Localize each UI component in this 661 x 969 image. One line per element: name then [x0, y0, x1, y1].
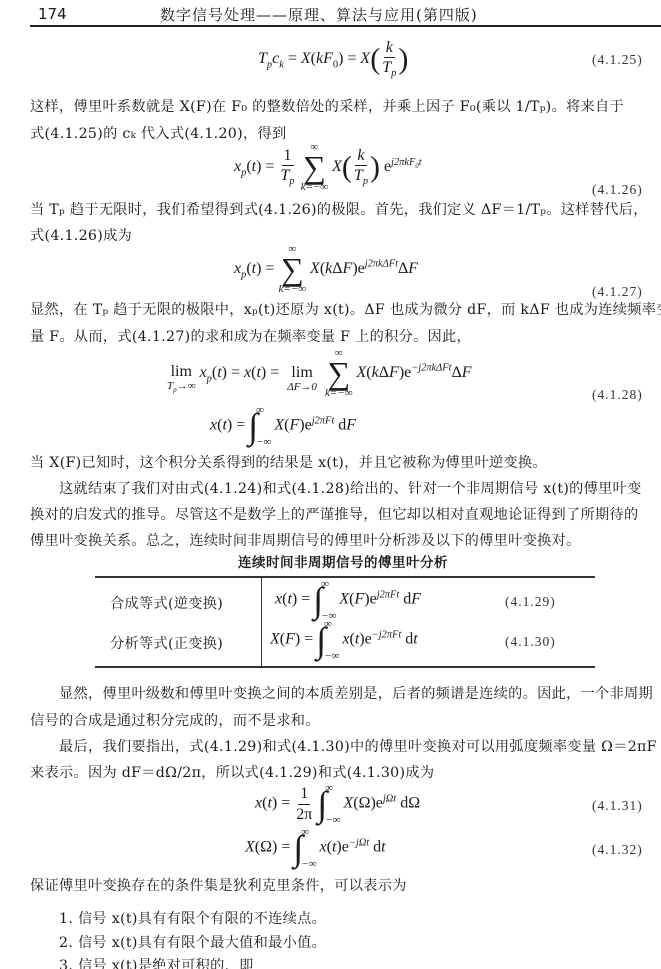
table-row-label: 合成等式(逆变换) [110, 593, 223, 613]
equation-number: (4.1.32) [592, 842, 643, 858]
paragraph-line: 当 X(F)已知时，这个积分关系得到的结果是 x(t)，并且它被称为傅里叶逆变换… [30, 452, 547, 472]
equation-4-1-28-line1: xlimTp→∞xp(t) = x(t) = xlimΔF→0∞∑k=−∞X(k… [163, 348, 472, 399]
paragraph-line: 显然，在 Tₚ 趋于无限的极限中，xₚ(t)还原为 x(t)。ΔF 也成为微分 … [30, 299, 661, 319]
running-title: 数字信号处理——原理、算法与应用(第四版) [160, 4, 478, 25]
equation-4-1-30: X(F) =∫∞−∞x(t)e−j2πFt dt [270, 618, 418, 662]
list-item: 3. 信号 x(t)是绝对可积的，即 [59, 955, 254, 969]
equation-number: (4.1.29) [505, 594, 556, 610]
paragraph-line: 显然，傅里叶级数和傅里叶变换之间的本质差别是，后者的频谱是连续的。因此，一个非周… [59, 683, 653, 703]
equation-4-1-25: Tpck = X(kF0) = X(kTp) [258, 38, 408, 81]
paragraph-line: 傅里叶变换关系。总之，连续时间非周期信号的傅里叶分析涉及以下的傅里叶变换对。 [30, 530, 581, 550]
equation-number: (4.1.31) [592, 798, 643, 814]
list-item: 2. 信号 x(t)具有有限个最大值和最小值。 [59, 932, 326, 952]
table-bottom-rule [95, 666, 595, 668]
equation-4-1-31: x(t) = 12π∫∞−∞X(Ω)ejΩt dΩ [255, 782, 420, 826]
equation-number: (4.1.25) [592, 52, 643, 68]
equation-4-1-28-line2: x(t) =∫∞−∞X(F)ej2πFt dF [210, 404, 356, 448]
equation-4-1-27: xp(t) =∞∑k=−∞X(kΔF)ej2πkΔFtΔF [234, 244, 418, 295]
equation-number: (4.1.26) [592, 182, 643, 198]
equation-4-1-32: X(Ω) =∫∞−∞x(t)e−jΩt dt [245, 826, 386, 870]
paragraph-line: 式(4.1.26)成为 [30, 225, 132, 245]
paragraph-line: 来表示。因为 dF＝dΩ/2π，所以式(4.1.29)和式(4.1.30)成为 [30, 762, 434, 782]
equation-4-1-29: x(t) =∫∞−∞X(F)ej2πFt dF [275, 578, 421, 622]
paragraph-line: 保证傅里叶变换存在的条件集是狄利克里条件，可以表示为 [30, 875, 407, 895]
equation-4-1-26: xp(t) = 1Tp∞∑k=−∞X(kTp) ej2πkF0t [234, 142, 422, 193]
paragraph-line: 量 F。从而，式(4.1.27)的求和成为在频率变量 F 上的积分。因此， [30, 326, 471, 346]
paragraph-line: 这就结束了我们对由式(4.1.24)和式(4.1.28)给出的、针对一个非周期信… [59, 478, 642, 498]
table-column-divider [261, 577, 262, 667]
paragraph-line: 最后，我们要指出，式(4.1.29)和式(4.1.30)中的傅里叶变换对可以用弧… [59, 736, 657, 756]
equation-number: (4.1.30) [505, 634, 556, 650]
table-row-label: 分析等式(正变换) [110, 633, 223, 653]
page-number: 174 [38, 5, 67, 23]
paragraph-line: 式(4.1.25)的 cₖ 代入式(4.1.20)，得到 [30, 123, 286, 143]
equation-number: (4.1.28) [592, 387, 643, 403]
paragraph-line: 换对的启发式的推导。尽管这不是数学上的严谨推导，但它却以相对直观地论证得到了所期… [30, 504, 638, 524]
paragraph-line: 信号的合成是通过积分完成的，而不是求和。 [30, 710, 320, 730]
paragraph-line: 这样，傅里叶系数就是 X(F)在 F₀ 的整数倍处的采样，并乘上因子 F₀(乘以… [30, 96, 624, 116]
table-title: 连续时间非周期信号的傅里叶分析 [238, 551, 448, 571]
equation-number: (4.1.27) [592, 284, 643, 300]
list-item: 1. 信号 x(t)具有有限个有限的不连续点。 [59, 908, 326, 928]
paragraph-line: 当 Tₚ 趋于无限时，我们希望得到式(4.1.26)的极限。首先，我们定义 ΔF… [30, 199, 648, 219]
header-rule [30, 25, 661, 27]
